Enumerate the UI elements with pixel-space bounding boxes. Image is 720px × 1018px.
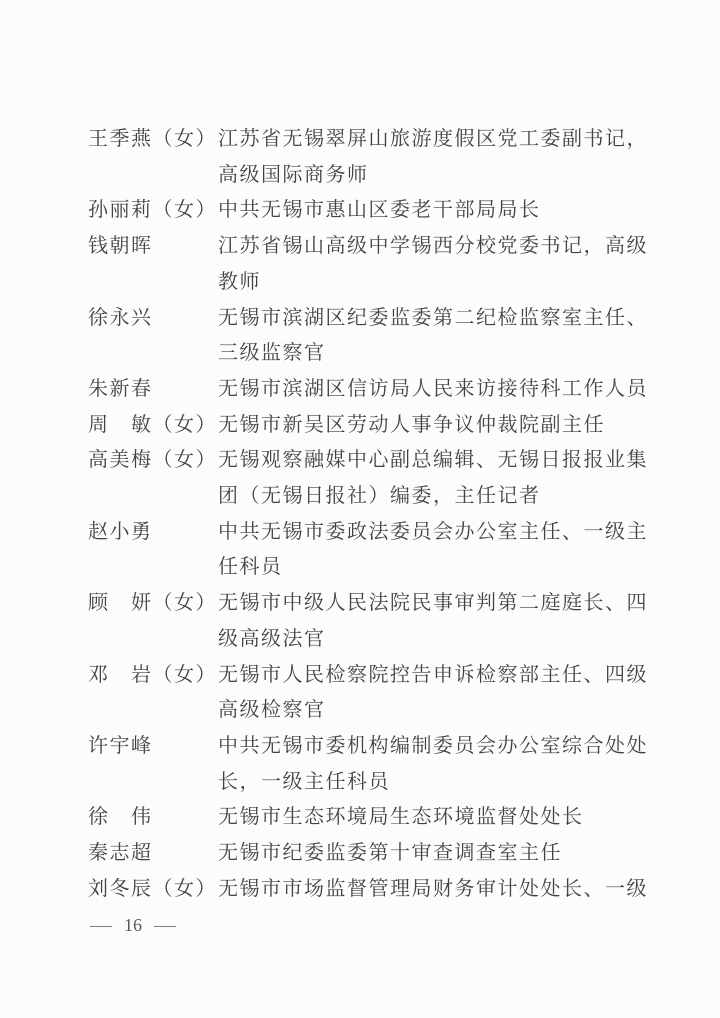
person-title: 无锡市纪委监委第十审查调查室主任 — [218, 836, 654, 872]
name-text: 邓 岩 — [88, 664, 153, 686]
person-name: 许宇峰 — [88, 729, 218, 800]
person-title: 无锡市中级人民法院民事审判第二庭庭长、四 级高级法官 — [218, 586, 654, 657]
gender-marker: （女） — [153, 664, 218, 686]
footer-dash-left: — — [90, 915, 112, 936]
name-text: 秦志超 — [88, 842, 153, 864]
title-line: 高级检察官 — [218, 693, 654, 729]
person-name: 徐永兴 — [88, 301, 218, 372]
gender-marker: （女） — [153, 449, 218, 471]
person-title: 江苏省无锡翠屏山旅游度假区党工委副书记， 高级国际商务师 — [218, 122, 654, 193]
title-line: 任科员 — [218, 550, 654, 586]
person-title: 无锡观察融媒中心副总编辑、无锡日报报业集 团（无锡日报社）编委，主任记者 — [218, 443, 654, 514]
gender-marker: （女） — [153, 592, 218, 614]
gender-marker: （女） — [153, 128, 218, 150]
title-line: 中共无锡市委机构编制委员会办公室综合处处 — [218, 729, 654, 765]
title-line: 高级国际商务师 — [218, 158, 654, 194]
page-footer: — 16 — — [92, 907, 720, 943]
title-line: 无锡市人民检察院控告申诉检察部主任、四级 — [218, 658, 654, 694]
recipients-list: 王季燕（女） 江苏省无锡翠屏山旅游度假区党工委副书记， 高级国际商务师 孙丽莉（… — [88, 122, 720, 907]
name-text: 王季燕 — [88, 128, 153, 150]
list-item: 孙丽莉（女） 中共无锡市惠山区委老干部局局长 — [88, 193, 720, 229]
person-title: 江苏省锡山高级中学锡西分校党委书记，高级 教师 — [218, 229, 654, 300]
list-item: 刘冬辰（女） 无锡市市场监督管理局财务审计处处长、一级 — [88, 872, 720, 908]
title-line: 无锡观察融媒中心副总编辑、无锡日报报业集 — [218, 443, 654, 479]
person-name: 周 敏（女） — [88, 408, 218, 444]
list-item: 赵小勇 中共无锡市委政法委员会办公室主任、一级主 任科员 — [88, 515, 720, 586]
title-line: 无锡市市场监督管理局财务审计处处长、一级 — [218, 872, 654, 908]
title-line: 教师 — [218, 265, 654, 301]
title-line: 无锡市新吴区劳动人事争议仲裁院副主任 — [218, 408, 654, 444]
title-line: 无锡市生态环境局生态环境监督处处长 — [218, 800, 654, 836]
person-title: 无锡市人民检察院控告申诉检察部主任、四级 高级检察官 — [218, 658, 654, 729]
name-text: 钱朝晖 — [88, 235, 153, 257]
person-name: 刘冬辰（女） — [88, 872, 218, 908]
footer-dash-right: — — [154, 915, 176, 936]
person-name: 王季燕（女） — [88, 122, 218, 193]
gender-marker: （女） — [153, 414, 218, 436]
person-name: 秦志超 — [88, 836, 218, 872]
name-text: 徐永兴 — [88, 307, 153, 329]
person-title: 无锡市新吴区劳动人事争议仲裁院副主任 — [218, 408, 654, 444]
document-page: 王季燕（女） 江苏省无锡翠屏山旅游度假区党工委副书记， 高级国际商务师 孙丽莉（… — [0, 0, 720, 1018]
title-line: 团（无锡日报社）编委，主任记者 — [218, 479, 654, 515]
list-item: 王季燕（女） 江苏省无锡翠屏山旅游度假区党工委副书记， 高级国际商务师 — [88, 122, 720, 193]
gender-marker: （女） — [153, 199, 218, 221]
person-name: 顾 妍（女） — [88, 586, 218, 657]
title-line: 级高级法官 — [218, 622, 654, 658]
list-item: 顾 妍（女） 无锡市中级人民法院民事审判第二庭庭长、四 级高级法官 — [88, 586, 720, 657]
list-item: 高美梅（女） 无锡观察融媒中心副总编辑、无锡日报报业集 团（无锡日报社）编委，主… — [88, 443, 720, 514]
person-title: 无锡市市场监督管理局财务审计处处长、一级 — [218, 872, 654, 908]
person-title: 无锡市滨湖区纪委监委第二纪检监察室主任、 三级监察官 — [218, 301, 654, 372]
list-item: 秦志超 无锡市纪委监委第十审查调查室主任 — [88, 836, 720, 872]
person-title: 中共无锡市惠山区委老干部局局长 — [218, 193, 654, 229]
name-text: 刘冬辰 — [88, 878, 153, 900]
list-item: 钱朝晖 江苏省锡山高级中学锡西分校党委书记，高级 教师 — [88, 229, 720, 300]
name-text: 朱新春 — [88, 378, 153, 400]
title-line: 长，一级主任科员 — [218, 765, 654, 801]
person-name: 朱新春 — [88, 372, 218, 408]
page-number: 16 — [124, 915, 142, 936]
person-title: 中共无锡市委机构编制委员会办公室综合处处 长，一级主任科员 — [218, 729, 654, 800]
person-name: 孙丽莉（女） — [88, 193, 218, 229]
list-item: 许宇峰 中共无锡市委机构编制委员会办公室综合处处 长，一级主任科员 — [88, 729, 720, 800]
person-name: 钱朝晖 — [88, 229, 218, 300]
person-name: 赵小勇 — [88, 515, 218, 586]
title-line: 无锡市滨湖区纪委监委第二纪检监察室主任、 — [218, 301, 654, 337]
name-text: 顾 妍 — [88, 592, 153, 614]
name-text: 周 敏 — [88, 414, 153, 436]
list-item: 周 敏（女） 无锡市新吴区劳动人事争议仲裁院副主任 — [88, 408, 720, 444]
title-line: 江苏省无锡翠屏山旅游度假区党工委副书记， — [218, 122, 654, 158]
title-line: 中共无锡市委政法委员会办公室主任、一级主 — [218, 515, 654, 551]
title-line: 江苏省锡山高级中学锡西分校党委书记，高级 — [218, 229, 654, 265]
list-item: 徐 伟 无锡市生态环境局生态环境监督处处长 — [88, 800, 720, 836]
person-name: 徐 伟 — [88, 800, 218, 836]
title-line: 中共无锡市惠山区委老干部局局长 — [218, 193, 654, 229]
title-line: 三级监察官 — [218, 336, 654, 372]
person-title: 无锡市滨湖区信访局人民来访接待科工作人员 — [218, 372, 654, 408]
list-item: 邓 岩（女） 无锡市人民检察院控告申诉检察部主任、四级 高级检察官 — [88, 658, 720, 729]
person-title: 无锡市生态环境局生态环境监督处处长 — [218, 800, 654, 836]
person-name: 邓 岩（女） — [88, 658, 218, 729]
name-text: 赵小勇 — [88, 521, 153, 543]
person-title: 中共无锡市委政法委员会办公室主任、一级主 任科员 — [218, 515, 654, 586]
name-text: 许宇峰 — [88, 735, 153, 757]
title-line: 无锡市纪委监委第十审查调查室主任 — [218, 836, 654, 872]
person-name: 高美梅（女） — [88, 443, 218, 514]
title-line: 无锡市滨湖区信访局人民来访接待科工作人员 — [218, 372, 654, 408]
name-text: 孙丽莉 — [88, 199, 153, 221]
list-item: 徐永兴 无锡市滨湖区纪委监委第二纪检监察室主任、 三级监察官 — [88, 301, 720, 372]
list-item: 朱新春 无锡市滨湖区信访局人民来访接待科工作人员 — [88, 372, 720, 408]
title-line: 无锡市中级人民法院民事审判第二庭庭长、四 — [218, 586, 654, 622]
name-text: 徐 伟 — [88, 806, 153, 828]
gender-marker: （女） — [153, 878, 218, 900]
name-text: 高美梅 — [88, 449, 153, 471]
